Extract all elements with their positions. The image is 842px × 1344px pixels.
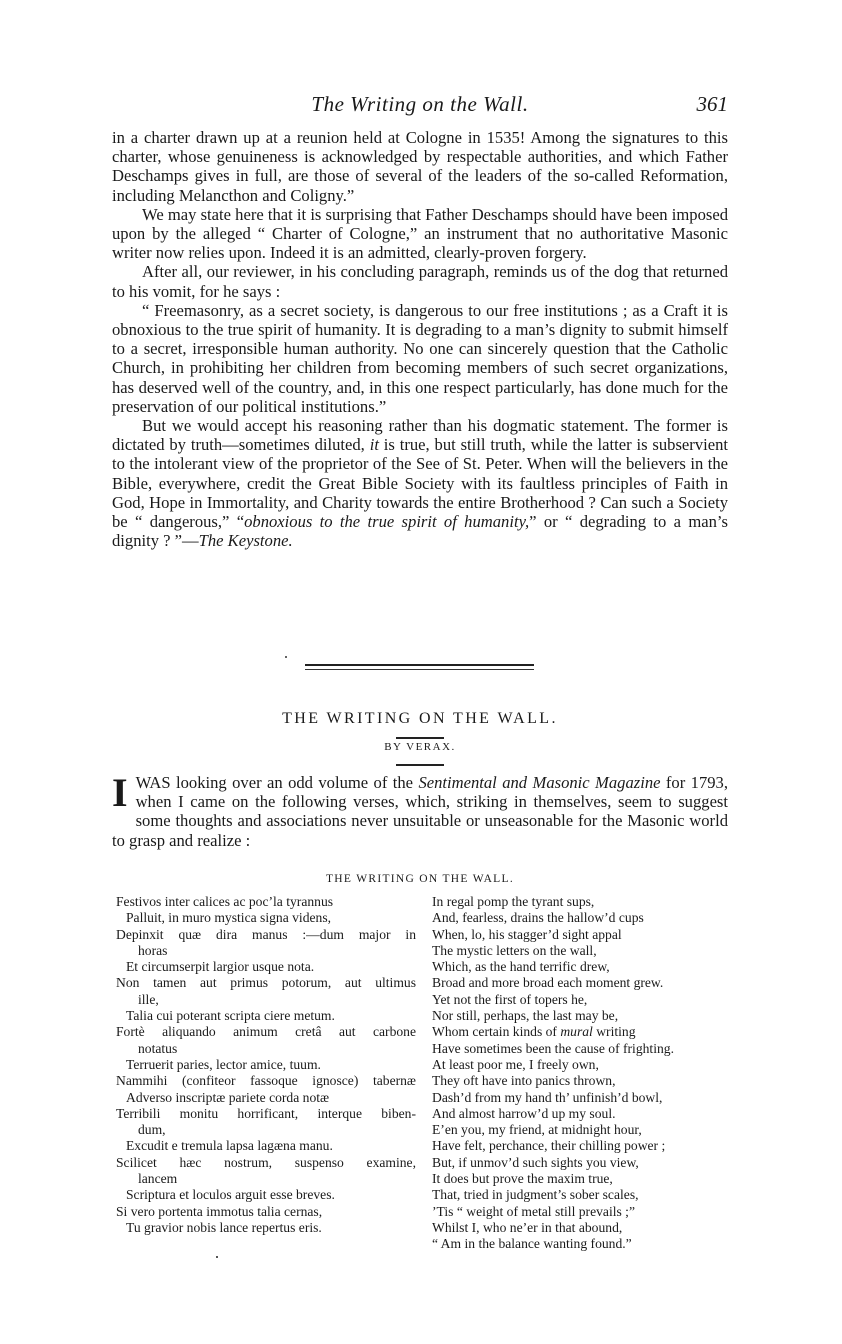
print-speck xyxy=(216,1256,218,1258)
section-divider-rule xyxy=(305,664,534,671)
text-run: When, lo, his stagger’d sight appal xyxy=(432,927,622,942)
poem-line-latin: Festivos inter calices ac poc’la tyrannu… xyxy=(116,894,416,910)
poem-line-english: Have sometimes been the cause of frighti… xyxy=(432,1041,752,1057)
paragraph: “ Freemasonry, as a secret society, is d… xyxy=(112,301,728,416)
paragraph: We may state here that it is surprising … xyxy=(112,205,728,263)
poem-line-latin: Fortè aliquando animum cretâ aut carbone xyxy=(116,1024,416,1040)
poem-line-latin: horas xyxy=(116,943,416,959)
poem-line-latin: notatus xyxy=(116,1041,416,1057)
italic-text: The Keystone. xyxy=(199,531,293,550)
text-run: Nor still, perhaps, the last may be, xyxy=(432,1008,618,1023)
text-run: ’Tis “ weight of metal still prevails ;” xyxy=(432,1204,635,1219)
text-run: E’en you, my friend, at midnight hour, xyxy=(432,1122,642,1137)
poem-line-latin: Depinxit quæ dira manus :—dum major in xyxy=(116,927,416,943)
text-run: Have sometimes been the cause of frighti… xyxy=(432,1041,674,1056)
print-speck xyxy=(285,656,287,658)
text-run: After all, our reviewer, in his concludi… xyxy=(112,262,728,300)
italic-text: obnoxious to the true spirit of humanity… xyxy=(244,512,529,531)
poem-line-latin: Excudit e tremula lapsa lagæna manu. xyxy=(116,1138,416,1154)
italic-text: Sentimental and Masonic Magazine xyxy=(418,773,660,792)
poem-latin-column: Festivos inter calices ac poc’la tyrannu… xyxy=(116,894,416,1236)
poem-line-english: Whom certain kinds of mural writing xyxy=(432,1024,752,1040)
poem-line-latin: lancem xyxy=(116,1171,416,1187)
poem-line-english: It does but prove the maxim true, xyxy=(432,1171,752,1187)
poem-line-english: Nor still, perhaps, the last may be, xyxy=(432,1008,752,1024)
italic-text: mural xyxy=(560,1024,592,1039)
poem-line-english: E’en you, my friend, at midnight hour, xyxy=(432,1122,752,1138)
poem-line-english: And almost harrow’d up my soul. xyxy=(432,1106,752,1122)
poem-line-latin: Adverso inscriptæ pariete corda notæ xyxy=(116,1090,416,1106)
poem-line-english: Broad and more broad each moment grew. xyxy=(432,975,752,991)
poem-english-column: In regal pomp the tyrant sups,And, fearl… xyxy=(432,894,752,1253)
poem-line-latin: Non tamen aut primus potorum, aut ultimu… xyxy=(116,975,416,991)
poem-line-english: And, fearless, drains the hallow’d cups xyxy=(432,910,752,926)
running-head: The Writing on the Wall. 361 xyxy=(112,92,728,122)
continued-article-text: in a charter drawn up at a reunion held … xyxy=(112,128,728,550)
text-run: “ Am in the balance wanting found.” xyxy=(432,1236,632,1251)
byline-underline-rule xyxy=(396,764,444,766)
poem-line-latin: Et circumserpit largior usque nota. xyxy=(116,959,416,975)
article-title: THE WRITING ON THE WALL. xyxy=(112,710,728,728)
text-run: In regal pomp the tyrant sups, xyxy=(432,894,594,909)
paragraph: After all, our reviewer, in his concludi… xyxy=(112,262,728,300)
article-intro: I WAS looking over an odd volume of the … xyxy=(112,773,728,850)
text-run: That, tried in judgment’s sober scales, xyxy=(432,1187,639,1202)
text-run: Whilst I, who ne’er in that abound, xyxy=(432,1220,622,1235)
text-run: The mystic letters on the wall, xyxy=(432,943,597,958)
paragraph: But we would accept his reasoning rather… xyxy=(112,416,728,550)
text-run: Which, as the hand terrific drew, xyxy=(432,959,610,974)
poem-line-english: Have felt, perchance, their chilling pow… xyxy=(432,1138,752,1154)
poem-title: THE WRITING ON THE WALL. xyxy=(112,873,728,885)
drop-cap: I xyxy=(112,775,128,813)
poem-line-english: Dash’d from my hand th’ unfinish’d bowl, xyxy=(432,1090,752,1106)
text-run: They oft have into panics thrown, xyxy=(432,1073,615,1088)
text-run: At least poor me, I freely own, xyxy=(432,1057,599,1072)
text-run: And almost harrow’d up my soul. xyxy=(432,1106,616,1121)
text-run: But, if unmov’d such sights you view, xyxy=(432,1155,639,1170)
text-run: Broad and more broad each moment grew. xyxy=(432,975,663,990)
text-run: Yet not the first of topers he, xyxy=(432,992,587,1007)
text-run: Whom certain kinds of xyxy=(432,1024,560,1039)
text-run: in a charter drawn up at a reunion held … xyxy=(112,128,728,205)
poem-line-english: Which, as the hand terrific drew, xyxy=(432,959,752,975)
text-run: Have felt, perchance, their chilling pow… xyxy=(432,1138,665,1153)
text-run: “ Freemasonry, as a secret society, is d… xyxy=(112,301,728,416)
poem-line-latin: Si vero portenta immotus talia cernas, xyxy=(116,1204,416,1220)
poem-line-latin: Tu gravior nobis lance repertus eris. xyxy=(116,1220,416,1236)
poem-line-english: But, if unmov’d such sights you view, xyxy=(432,1155,752,1171)
document-page: The Writing on the Wall. 361 in a charte… xyxy=(0,0,842,1344)
title-underline-rule xyxy=(396,737,444,739)
poem-line-english: In regal pomp the tyrant sups, xyxy=(432,894,752,910)
page-number: 361 xyxy=(697,92,729,117)
poem-line-english: ’Tis “ weight of metal still prevails ;” xyxy=(432,1204,752,1220)
poem-line-english: When, lo, his stagger’d sight appal xyxy=(432,927,752,943)
poem-line-english: Yet not the first of topers he, xyxy=(432,992,752,1008)
italic-text: it xyxy=(370,435,379,454)
text-run: It does but prove the maxim true, xyxy=(432,1171,613,1186)
poem-line-latin: ille, xyxy=(116,992,416,1008)
poem-line-latin: Terruerit paries, lector amice, tuum. xyxy=(116,1057,416,1073)
text-run: WAS looking over an odd volume of the xyxy=(136,773,419,792)
poem-line-latin: Palluit, in muro mystica signa videns, xyxy=(116,910,416,926)
poem-line-latin: dum, xyxy=(116,1122,416,1138)
text-run: writing xyxy=(593,1024,636,1039)
poem-line-latin: Scriptura et loculos arguit esse breves. xyxy=(116,1187,416,1203)
poem-line-english: Whilst I, who ne’er in that abound, xyxy=(432,1220,752,1236)
poem-line-latin: Nammihi (confiteor fassoque ignosce) tab… xyxy=(116,1073,416,1089)
text-run: We may state here that it is surprising … xyxy=(112,205,728,262)
byline: BY VERAX. xyxy=(112,741,728,753)
poem-line-latin: Scilicet hæc nostrum, suspenso examine, xyxy=(116,1155,416,1171)
poem-line-english: They oft have into panics thrown, xyxy=(432,1073,752,1089)
poem-line-english: “ Am in the balance wanting found.” xyxy=(432,1236,752,1252)
text-run: And, fearless, drains the hallow’d cups xyxy=(432,910,644,925)
running-title: The Writing on the Wall. xyxy=(112,92,728,117)
intro-paragraph: WAS looking over an odd volume of the Se… xyxy=(112,773,728,850)
poem-line-latin: Terribili monitu horrificant, interque b… xyxy=(116,1106,416,1122)
poem-line-english: At least poor me, I freely own, xyxy=(432,1057,752,1073)
poem-line-latin: Talia cui poterant scripta ciere metum. xyxy=(116,1008,416,1024)
poem-line-english: The mystic letters on the wall, xyxy=(432,943,752,959)
poem-line-english: That, tried in judgment’s sober scales, xyxy=(432,1187,752,1203)
text-run: Dash’d from my hand th’ unfinish’d bowl, xyxy=(432,1090,662,1105)
paragraph: in a charter drawn up at a reunion held … xyxy=(112,128,728,205)
